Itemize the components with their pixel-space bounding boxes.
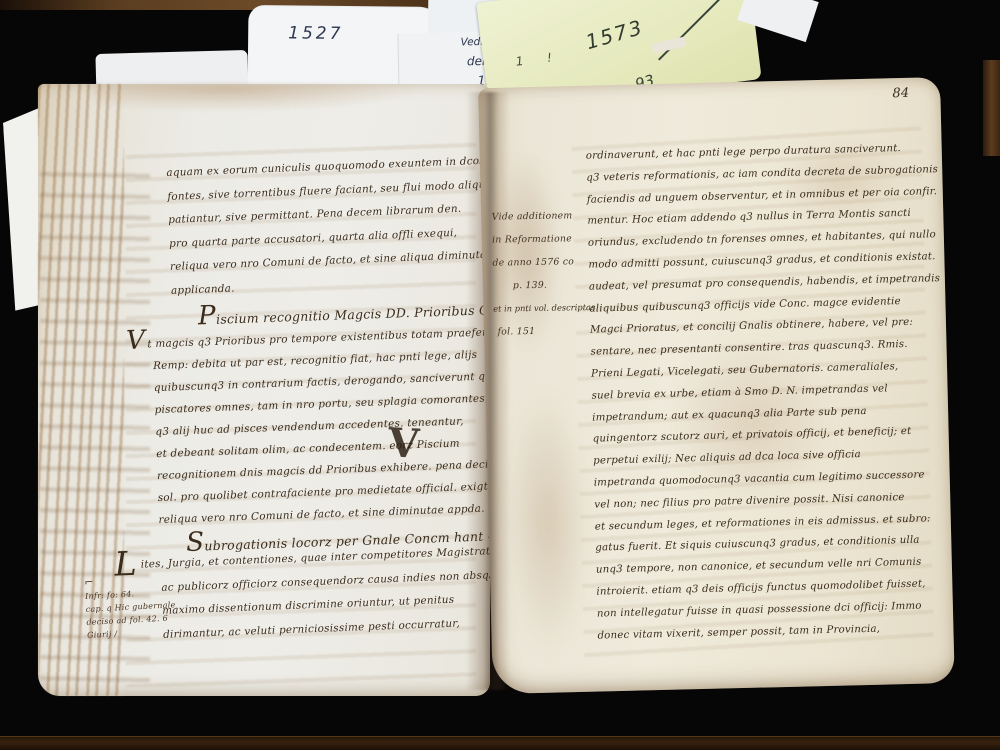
page-stain <box>94 84 424 112</box>
right-page: 84 Vide additionemin Reformationede anno… <box>478 77 955 694</box>
left-page-paragraph-1: aquam ex eorum cuniculis quoquomodo exeu… <box>166 150 496 303</box>
manuscript-line: p. 139. <box>513 273 595 297</box>
folio-number: 84 <box>892 86 909 101</box>
bookmark-note-yellow-main-text: 1573 <box>583 15 646 54</box>
large-inked-initial: V <box>387 419 421 468</box>
pen-slash-mark <box>658 0 727 61</box>
left-page-margin-note-lines: Infr: fo: 64.cap. q Hic gubernaledeciso … <box>85 585 177 642</box>
left-page-paragraph-3: Lites, Jurgia, et contentiones, quae int… <box>132 540 513 648</box>
left-page: aquam ex eorum cuniculis quoquomodo exeu… <box>38 84 490 696</box>
left-page-paragraph-2: Vt magcis q3 Prioribus pro tempore exist… <box>128 321 516 532</box>
right-page-body-text: ordinaverunt, et hac pnti lege perpo dur… <box>586 137 950 647</box>
bookmark-note-1527-text: 1527 <box>288 23 343 44</box>
left-page-margin-note: ⌐ Infr: fo: 64.cap. q Hic gubernaledecis… <box>84 571 177 642</box>
table-edge-right <box>983 60 1000 156</box>
binding-gutter-shadow <box>466 92 510 690</box>
manuscript-photo: { "scene": { "background_color": "#06060… <box>0 0 1000 750</box>
bookmark-note-yellow-marks: 1 ! <box>515 49 563 69</box>
table-edge-bottom <box>0 736 1000 750</box>
manuscript-line: fol. 151 <box>497 319 595 344</box>
margin-flag-mark: ⌐ <box>84 576 94 589</box>
